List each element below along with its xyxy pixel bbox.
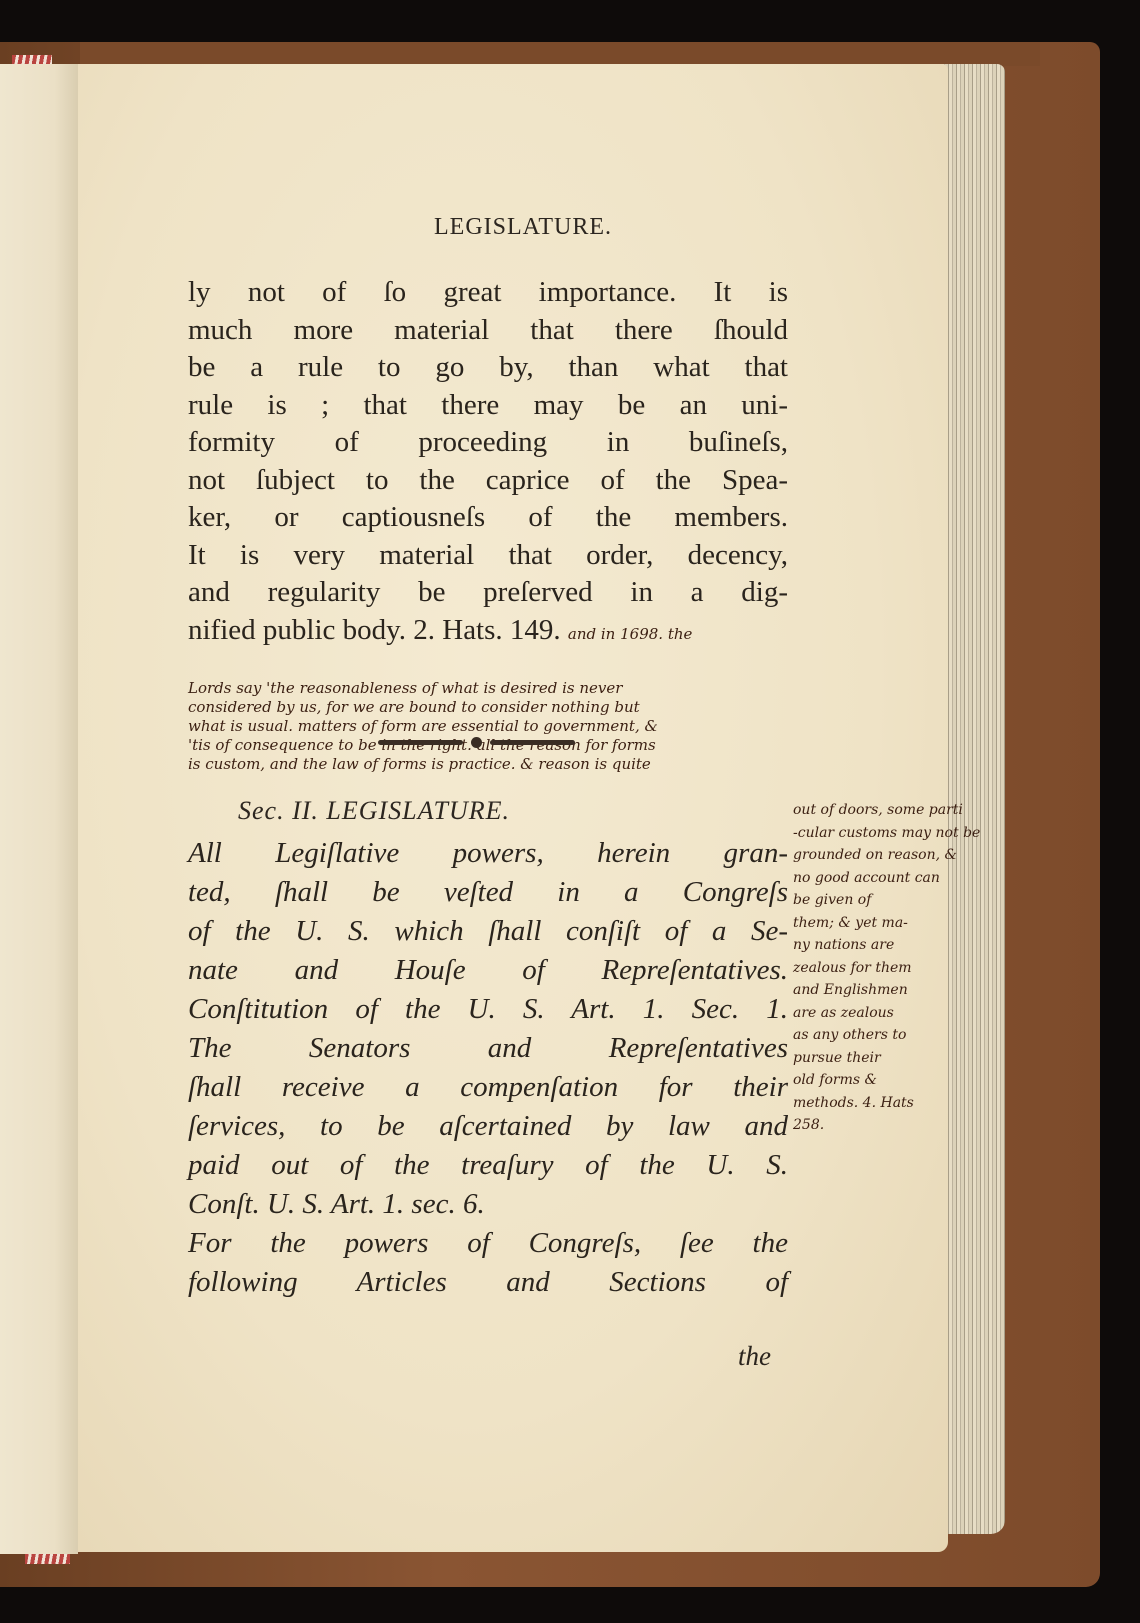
manuscript-note: Lords say 'the reasonableness of what is… (188, 679, 828, 774)
ornament-bar-right (490, 740, 575, 745)
text-line: of the U. S. which ſhall conſiſt of a Se… (188, 912, 788, 951)
text-line: It is very material that order, decency, (188, 537, 788, 575)
manuscript-line: Lords say 'the reasonableness of what is… (188, 679, 828, 698)
paragraph-1: ly not of ſo great importance. It is muc… (188, 274, 788, 649)
manuscript-line: what is usual. matters of form are essen… (188, 717, 828, 736)
left-page (0, 64, 78, 1554)
text-line: Conſt. U. S. Art. 1. sec. 6. (188, 1185, 788, 1224)
text-line: ly not of ſo great importance. It is (188, 274, 788, 312)
text-line: following Articles and Sections of (188, 1263, 788, 1302)
text-line: Conſtitution of the U. S. Art. 1. Sec. 1… (188, 990, 788, 1029)
text-line: and regularity be preſerved in a dig- (188, 574, 788, 612)
right-page: LEGISLATURE. ly not of ſo great importan… (78, 64, 948, 1552)
manuscript-line: and Englishmen (793, 979, 953, 1002)
text-line: be a rule to go by, than what that (188, 349, 788, 387)
ornament-rosette-icon (471, 737, 482, 748)
manuscript-line: no good account can (793, 867, 953, 890)
citation-line: nified public body. 2. Hats. 149. (188, 614, 561, 646)
text-line: ker, or captiousneſs of the members. (188, 499, 788, 537)
text-line: not ſubject to the caprice of the Spea- (188, 462, 788, 500)
manuscript-line: zealous for them (793, 957, 953, 980)
manuscript-line: 258. (793, 1114, 953, 1137)
text-line: much more material that there ſhould (188, 312, 788, 350)
manuscript-line: out of doors, some parti (793, 799, 953, 822)
text-line: All Legiſlative powers, herein gran- (188, 834, 788, 873)
manuscript-line: ny nations are (793, 934, 953, 957)
text-line: ſervices, to be aſcertained by law and (188, 1107, 788, 1146)
text-line: ſhall receive a compenſation for their (188, 1068, 788, 1107)
manuscript-line: pursue their (793, 1047, 953, 1070)
text-line: nified public body. 2. Hats. 149. and in… (188, 612, 788, 650)
printer-ornament (378, 737, 578, 747)
manuscript-line: old forms & (793, 1069, 953, 1092)
manuscript-line: considered by us, for we are bound to co… (188, 698, 828, 717)
text-line: rule is ; that there may be an uni- (188, 387, 788, 425)
manuscript-line: grounded on reason, & (793, 844, 953, 867)
manuscript-line: methods. 4. Hats (793, 1092, 953, 1115)
text-line: formity of proceeding in buſineſs, (188, 424, 788, 462)
ornament-bar-left (378, 740, 463, 745)
text-line: The Senators and Repreſentatives (188, 1029, 788, 1068)
manuscript-line: is custom, and the law of forms is pract… (188, 755, 828, 774)
text-line: For the powers of Congreſs, ſee the (188, 1224, 788, 1263)
manuscript-inline: and in 1698. the (568, 625, 692, 643)
text-line: ted, ſhall be veſted in a Congreſs (188, 873, 788, 912)
running-head: LEGISLATURE. (78, 214, 948, 241)
manuscript-line: them; & yet ma- (793, 912, 953, 935)
manuscript-margin-note: out of doors, some parti -cular customs … (793, 799, 953, 1137)
manuscript-line: are as zealous (793, 1002, 953, 1025)
book-cover-top-edge (80, 42, 1040, 66)
manuscript-line: as any others to (793, 1024, 953, 1047)
text-line: nate and Houſe of Repreſentatives. (188, 951, 788, 990)
catchword: the (738, 1341, 771, 1372)
manuscript-line: be given of (793, 889, 953, 912)
paragraph-2: All Legiſlative powers, herein gran- ted… (188, 834, 788, 1302)
text-line: paid out of the treaſury of the U. S. (188, 1146, 788, 1185)
section-heading: Sec. II. LEGISLATURE. (238, 796, 510, 826)
manuscript-line: -cular customs may not be (793, 822, 953, 845)
